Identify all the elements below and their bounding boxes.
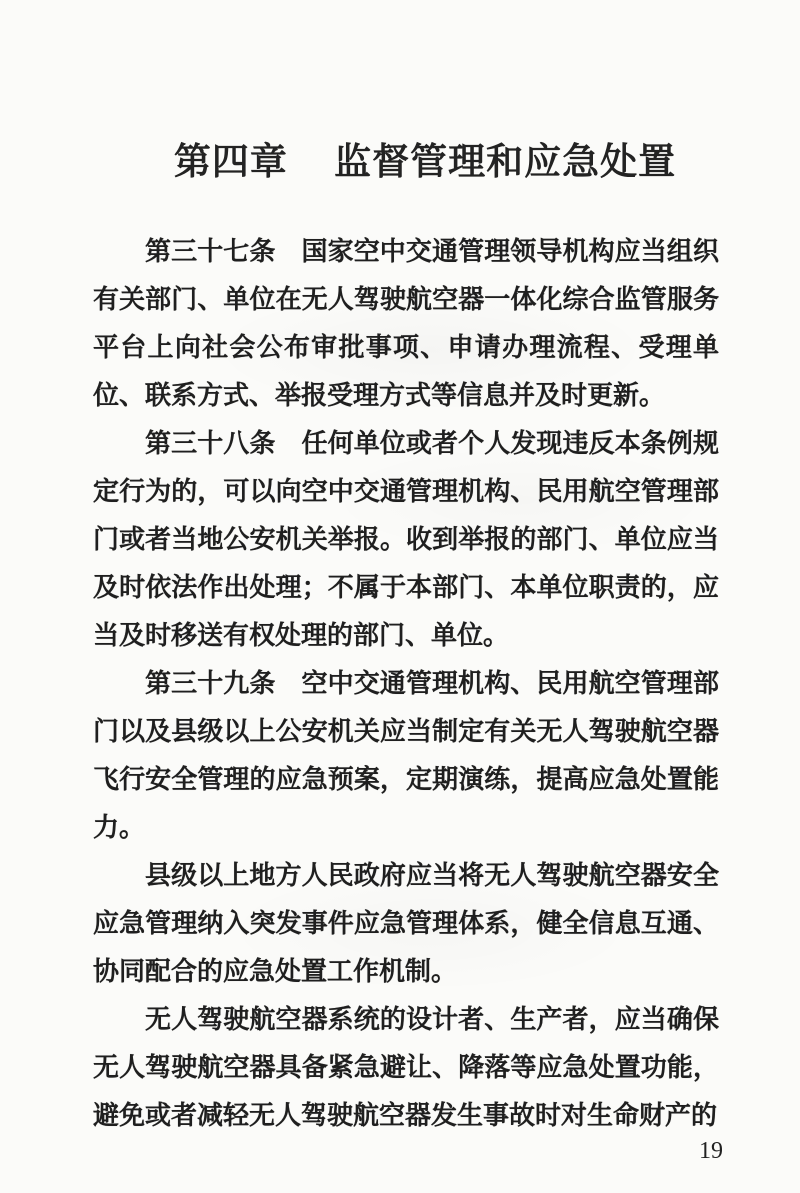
chapter-name: 监督管理和应急处置 xyxy=(334,142,676,183)
document-body: 第三十七条国家空中交通管理领导机构应当组织有关部门、单位在无人驾驶航空器一体化综… xyxy=(93,227,719,1139)
paragraph: 第三十七条国家空中交通管理领导机构应当组织有关部门、单位在无人驾驶航空器一体化综… xyxy=(93,227,719,419)
scanned-document-page: 第四章监督管理和应急处置 第三十七条国家空中交通管理领导机构应当组织有关部门、单… xyxy=(0,0,800,1193)
paragraph: 县级以上地方人民政府应当将无人驾驶航空器安全应急管理纳入突发事件应急管理体系，健… xyxy=(93,851,719,995)
page-number: 19 xyxy=(699,1138,723,1165)
paragraph: 第三十九条空中交通管理机构、民用航空管理部门以及县级以上公安机关应当制定有关无人… xyxy=(93,659,719,851)
article-number-label: 第三十九条 xyxy=(145,668,276,698)
article-number-label: 第三十八条 xyxy=(145,428,276,458)
chapter-number: 第四章 xyxy=(174,142,288,183)
paragraph: 无人驾驶航空器系统的设计者、生产者，应当确保无人驾驶航空器具备紧急避让、降落等应… xyxy=(93,995,719,1139)
article-number-label: 第三十七条 xyxy=(145,236,276,266)
chapter-title: 第四章监督管理和应急处置 xyxy=(25,131,800,185)
paragraph: 第三十八条任何单位或者个人发现违反本条例规定行为的，可以向空中交通管理机构、民用… xyxy=(93,419,719,659)
